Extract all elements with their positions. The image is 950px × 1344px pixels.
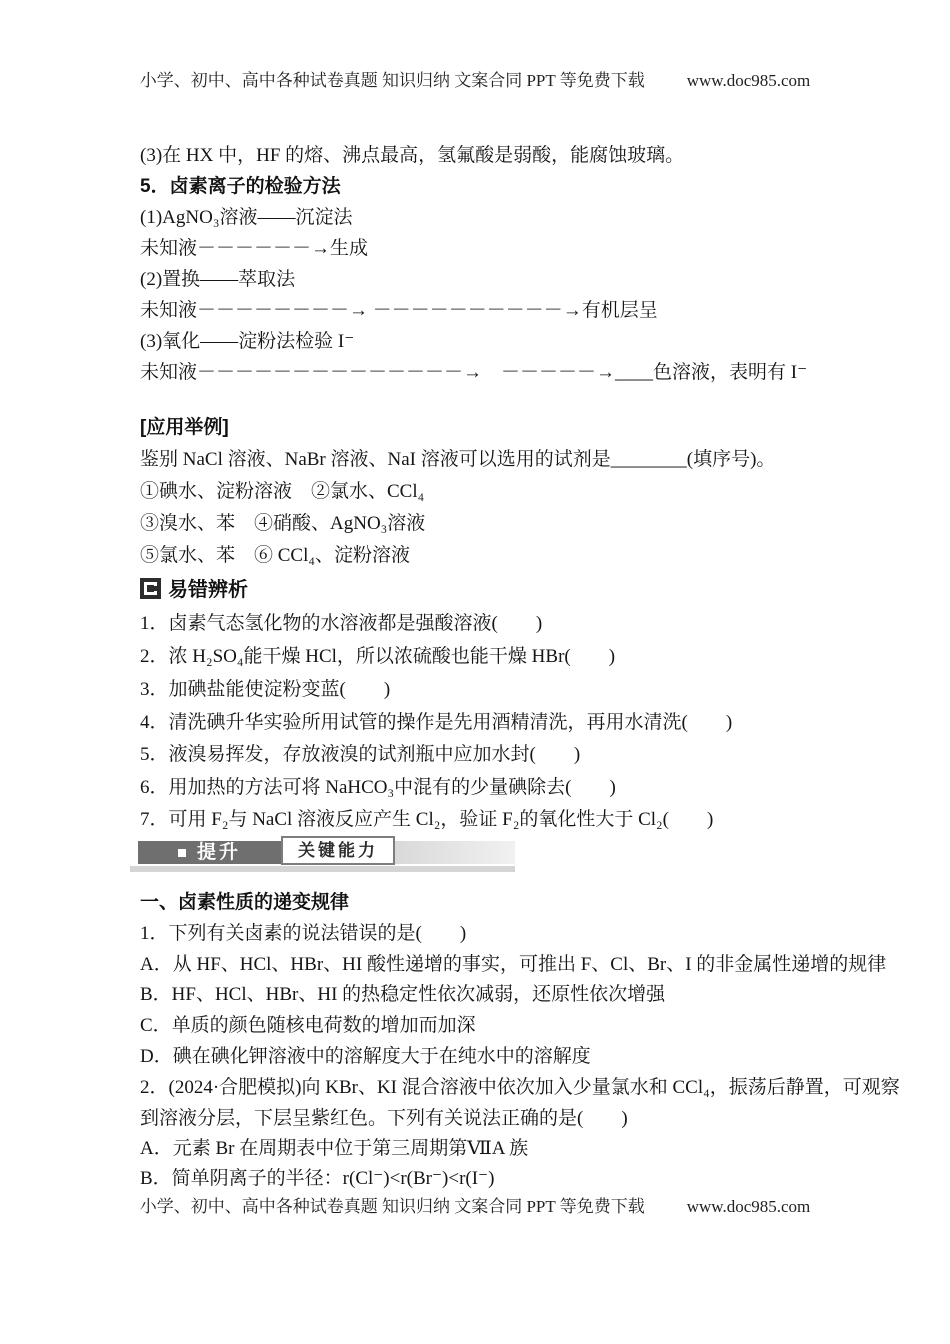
question2-stem-line1: 2．(2024·合肥模拟)向 KBr、KI 混合溶液中依次加入少量氯水和 CCl… xyxy=(140,1075,900,1101)
question1-option: B．HF、HCl、HBr、HI 的热稳定性依次减弱，还原性依次增强 xyxy=(140,982,665,1008)
question1-stem: 1．下列有关卤素的说法错误的是( ) xyxy=(140,921,466,947)
error-check-badge-icon xyxy=(140,578,161,599)
method2-label: (2)置换——萃取法 xyxy=(140,267,295,293)
example-question: 鉴别 NaCl 溶液、NaBr 溶液、NaI 溶液可以选用的试剂是_______… xyxy=(140,447,775,473)
question1-option: C．单质的颜色随核电荷数的增加而加深 xyxy=(140,1013,476,1039)
method1-label: (1)AgNO₃溶液——沉淀法 xyxy=(140,205,352,231)
error-check-item: 1．卤素气态氢化物的水溶液都是强酸溶液( ) xyxy=(140,611,542,637)
error-check-item: 4．清洗碘升华实验所用试管的操作是先用酒精清洗，再用水清洗( ) xyxy=(140,710,732,736)
banner-light-strip xyxy=(395,841,515,864)
footer-promo-text: 小学、初中、高中各种试卷真题 知识归纳 文案合同 PPT 等免费下载 xyxy=(140,1197,645,1216)
header-promo-text: 小学、初中、高中各种试卷真题 知识归纳 文案合同 PPT 等免费下载 xyxy=(140,71,645,90)
practice-section-title: 一、卤素性质的递变规律 xyxy=(140,890,349,916)
error-check-item: 7．可用 F₂与 NaCl 溶液反应产生 Cl₂，验证 F₂的氧化性大于 Cl₂… xyxy=(140,807,713,833)
page-header: 小学、初中、高中各种试卷真题 知识归纳 文案合同 PPT 等免费下载www.do… xyxy=(0,66,950,91)
banner-right-label: 关键能力 xyxy=(298,842,378,859)
question2-option: B．简单阴离子的半径：r(Cl⁻)<r(Br⁻)<r(I⁻) xyxy=(140,1166,494,1192)
example-option-row: ①碘水、淀粉溶液 ②氯水、CCl₄ xyxy=(140,479,424,505)
error-check-header: 易错辨析 xyxy=(140,577,248,604)
method2-flow: 未知液－－－－－－－－→ －－－－－－－－－－→有机层呈 xyxy=(140,298,658,324)
document-page: 小学、初中、高中各种试卷真题 知识归纳 文案合同 PPT 等免费下载www.do… xyxy=(0,0,950,1344)
section5-title: 5．卤素离子的检验方法 xyxy=(140,174,341,200)
banner-right-box: 关键能力 xyxy=(281,836,395,865)
method3-label: (3)氧化——淀粉法检验 I⁻ xyxy=(140,329,354,355)
example-option-row: ⑤氯水、苯 ⑥ CCl₄、淀粉溶液 xyxy=(140,543,410,569)
banner-shadow-bar xyxy=(130,866,515,872)
question1-option: A．从 HF、HCl、HBr、HI 酸性递增的事实，可推出 F、Cl、Br、I … xyxy=(140,952,886,978)
banner-left-label: 提升 xyxy=(197,843,241,862)
error-check-item: 3．加碘盐能使淀粉变蓝( ) xyxy=(140,677,390,703)
method1-flow: 未知液－－－－－－→生成 xyxy=(140,236,368,262)
banner-left-segment: 提升 xyxy=(138,841,281,864)
question1-option: D．碘在碘化钾溶液中的溶解度大于在纯水中的溶解度 xyxy=(140,1044,591,1070)
note-hf-properties: (3)在 HX 中，HF 的熔、沸点最高，氢氟酸是弱酸，能腐蚀玻璃。 xyxy=(140,143,684,169)
bullet-square-icon xyxy=(178,849,186,857)
error-check-item: 6．用加热的方法可将 NaHCO₃中混有的少量碘除去( ) xyxy=(140,775,616,801)
question2-stem-line2: 到溶液分层，下层呈紫红色。下列有关说法正确的是( ) xyxy=(140,1106,628,1132)
question2-option: A．元素 Br 在周期表中位于第三周期第ⅦA 族 xyxy=(140,1136,528,1162)
header-site-link[interactable]: www.doc985.com xyxy=(687,71,811,90)
example-option-row: ③溴水、苯 ④硝酸、AgNO₃溶液 xyxy=(140,511,425,537)
footer-site-link[interactable]: www.doc985.com xyxy=(687,1197,811,1216)
error-check-item: 2．浓 H₂SO₄能干燥 HCl，所以浓硫酸也能干燥 HBr( ) xyxy=(140,644,615,670)
example-title: [应用举例] xyxy=(140,415,229,441)
method3-flow: 未知液－－－－－－－－－－－－－－→ －－－－－→____色溶液，表明有 I⁻ xyxy=(140,360,807,386)
error-check-item: 5．液溴易挥发，存放液溴的试剂瓶中应加水封( ) xyxy=(140,742,580,768)
error-check-title: 易错辨析 xyxy=(168,579,248,601)
page-footer: 小学、初中、高中各种试卷真题 知识归纳 文案合同 PPT 等免费下载www.do… xyxy=(0,1192,950,1217)
